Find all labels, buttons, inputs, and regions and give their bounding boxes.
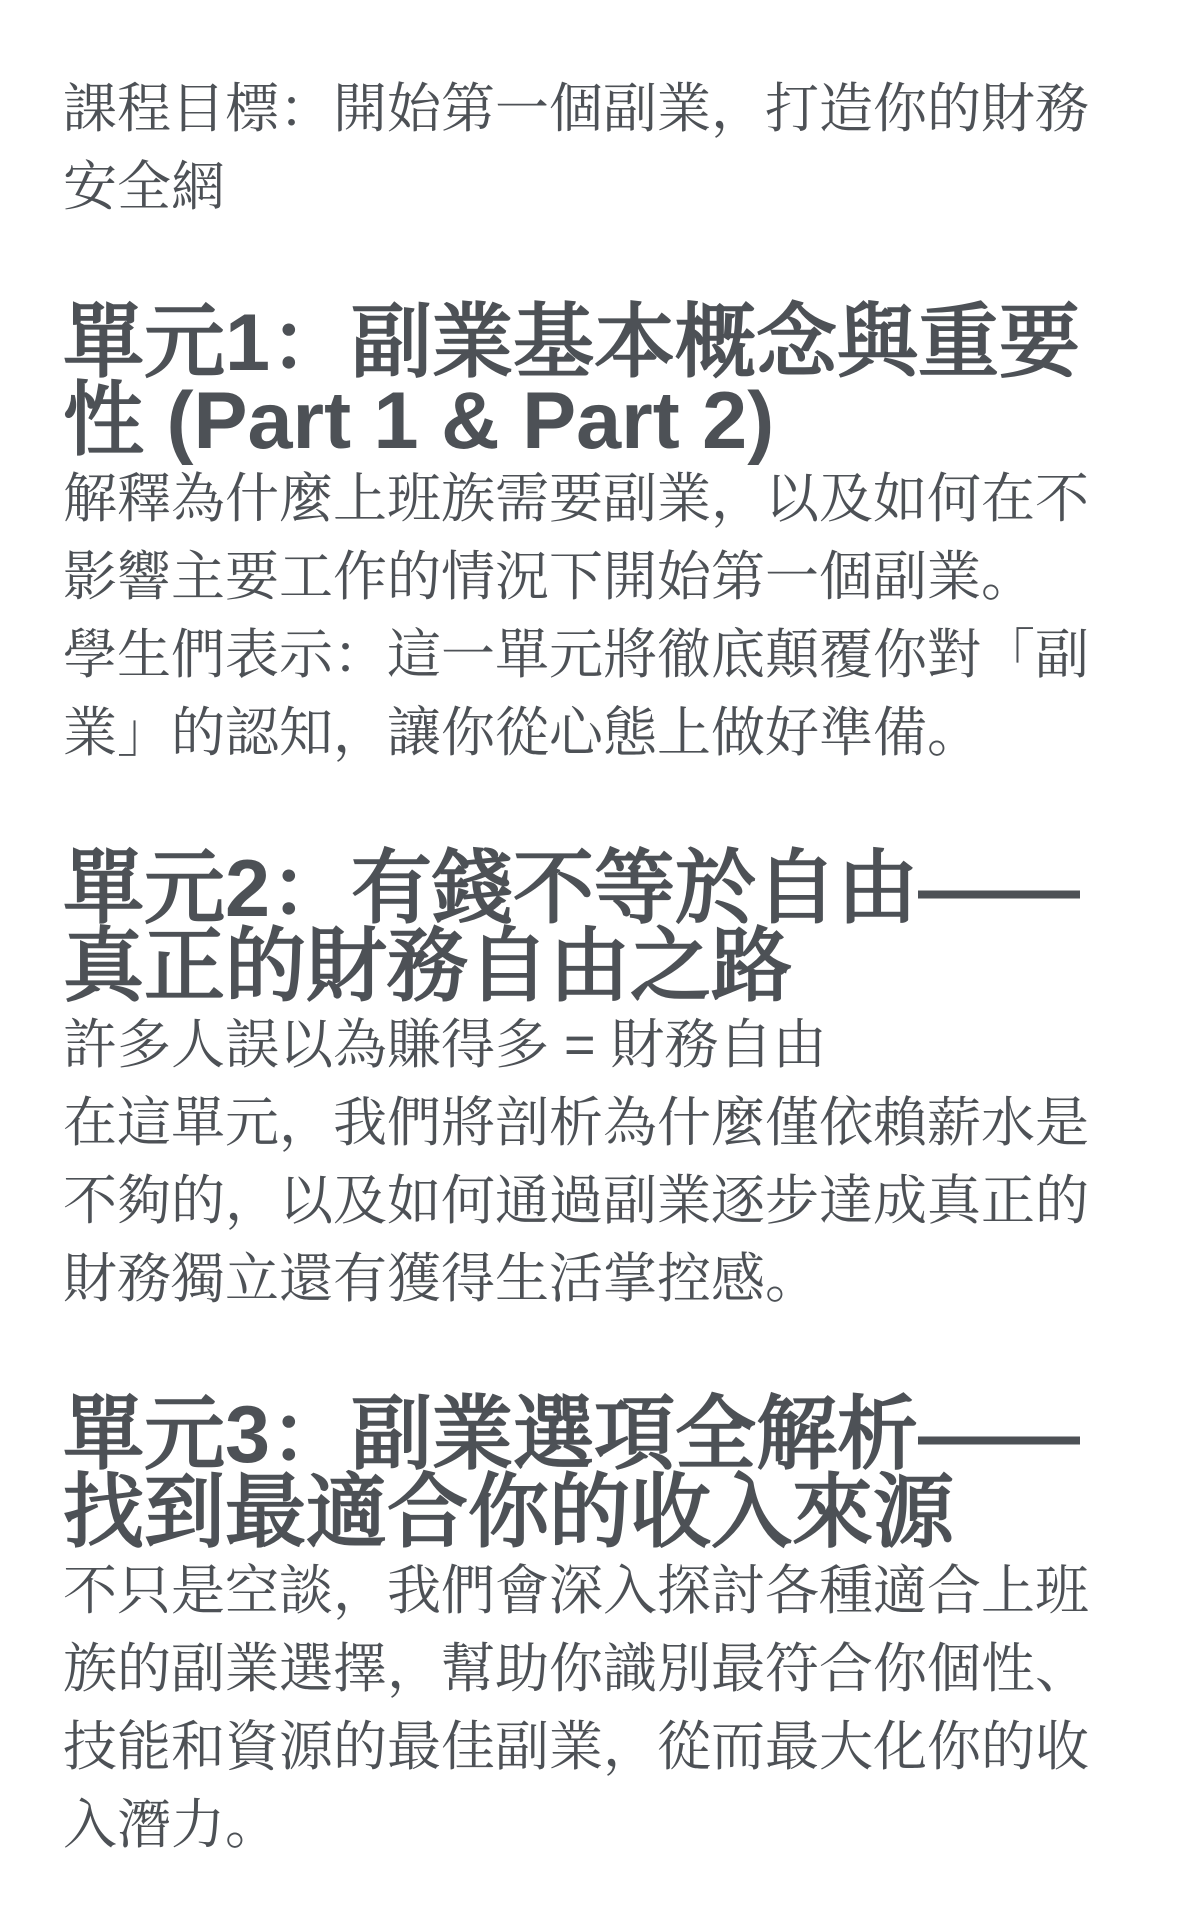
section-unit-1: 單元1：副業基本概念與重要性 (Part 1 & Part 2) 解釋為什麼上班… [63,304,1116,772]
section-unit-3: 單元3：副業選項全解析——找到最適合你的收入來源 不只是空談，我們會深入探討各種… [63,1396,1116,1864]
unit-2-myth-line: 許多人誤以為賺得多 = 財務自由 [63,1006,1116,1084]
unit-3-heading: 單元3：副業選項全解析——找到最適合你的收入來源 [63,1396,1116,1552]
course-goal-text: 課程目標：開始第一個副業，打造你的財務安全網 [63,70,1116,226]
unit-2-description: 在這單元，我們將剖析為什麼僅依賴薪水是不夠的，以及如何通過副業逐步達成真正的財務… [63,1084,1116,1318]
course-outline-page: 課程目標：開始第一個副業，打造你的財務安全網 單元1：副業基本概念與重要性 (P… [0,0,1179,1910]
unit-2-heading: 單元2：有錢不等於自由——真正的財務自由之路 [63,850,1116,1006]
unit-1-heading: 單元1：副業基本概念與重要性 (Part 1 & Part 2) [63,304,1116,460]
unit-3-description: 不只是空談，我們會深入探討各種適合上班族的副業選擇，幫助你識別最符合你個性、技能… [63,1552,1116,1864]
unit-1-description: 解釋為什麼上班族需要副業，以及如何在不影響主要工作的情況下開始第一個副業。 [63,460,1116,616]
section-unit-2: 單元2：有錢不等於自由——真正的財務自由之路 許多人誤以為賺得多 = 財務自由 … [63,850,1116,1318]
unit-1-testimonial: 學生們表示：這一單元將徹底顛覆你對「副業」的認知，讓你從心態上做好準備。 [63,616,1116,772]
